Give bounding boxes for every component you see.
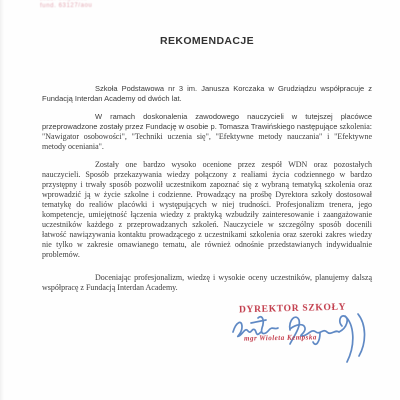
scanned-letter-page: t̷n̷a̷d̷. b̷t̷t̷g̷t̷t̷a̷n̷a̷ fund. 63127…	[0, 0, 400, 400]
paragraph-intro: Szkoła Podstawowa nr 3 im. Janusza Korcz…	[42, 84, 372, 104]
page-title: REKOMENDACJE	[14, 35, 400, 47]
director-name-stamp: mgr Wioleta Kempska	[244, 333, 317, 342]
faint-stamp-line1: t̷n̷a̷d̷. b̷t̷t̷g̷t̷t̷a̷n̷a̷	[40, 0, 92, 3]
paragraph-closing: Doceniając profesjonalizm, wiedzę i wyso…	[42, 273, 372, 293]
faint-stamp-fragment: t̷n̷a̷d̷. b̷t̷t̷g̷t̷t̷a̷n̷a̷ fund. 63127…	[40, 0, 92, 10]
letter-body: Szkoła Podstawowa nr 3 im. Janusza Korcz…	[42, 84, 372, 301]
signature-block: DYREKTOR SZKOŁY mgr Wioleta Kempska	[228, 302, 378, 372]
paragraph-trainings: W ramach doskonalenia zawodowego nauczyc…	[42, 112, 372, 152]
paragraph-evaluation: Zostały one bardzo wysoko ocenione przez…	[42, 160, 372, 260]
paragraph-trainings-lead: W ramach doskonalenia zawodowego nauczyc…	[42, 112, 372, 131]
faint-stamp-line2: fund. 63127/aou	[40, 3, 92, 10]
